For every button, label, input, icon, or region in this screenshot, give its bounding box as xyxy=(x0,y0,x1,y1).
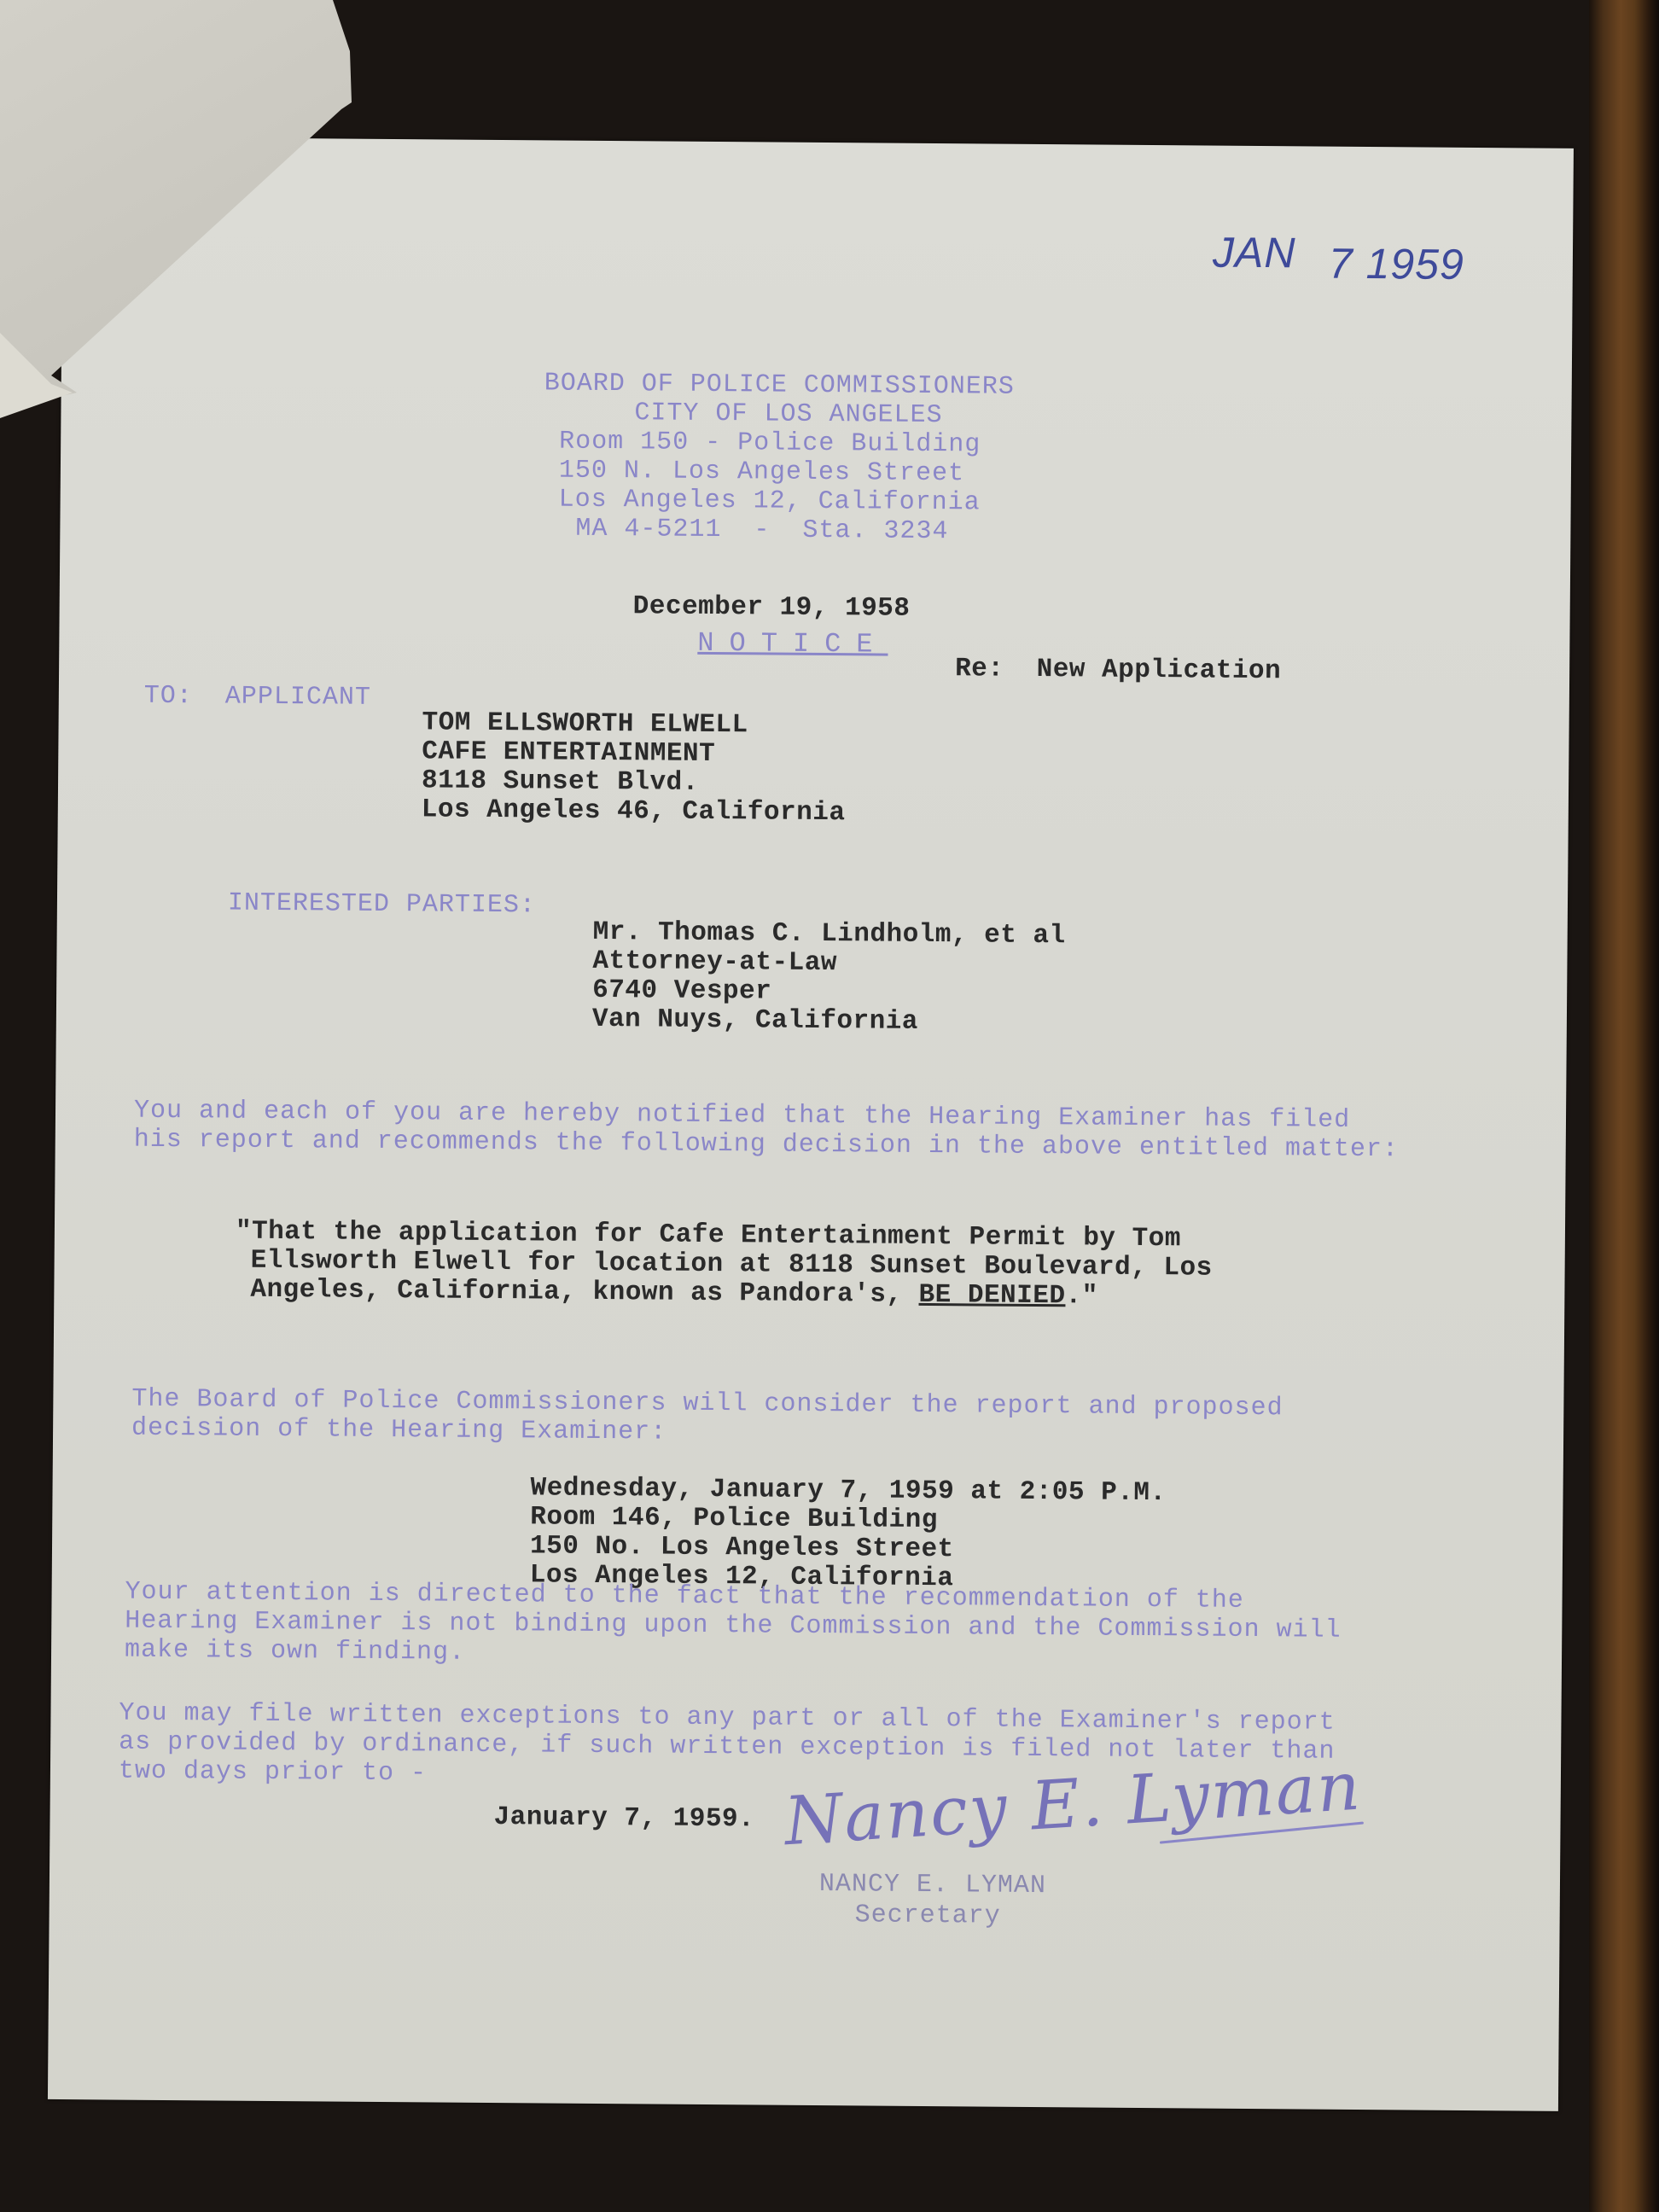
received-date-stamp-day-year: 7 1959 xyxy=(1329,242,1464,286)
letterhead-line: 150 N. Los Angeles Street xyxy=(559,458,964,487)
re-subject: Re: New Application xyxy=(955,655,1281,684)
letterhead-line: Los Angeles 12, California xyxy=(559,487,981,516)
exceptions-deadline: January 7, 1959. xyxy=(493,1804,754,1832)
hearing-location-line: 150 No. Los Angeles Street xyxy=(530,1533,954,1563)
applicant-label: TO: APPLICANT xyxy=(144,684,371,711)
letterhead-line: CITY OF LOS ANGELES xyxy=(634,400,942,428)
interested-party-line: 6740 Vesper xyxy=(592,977,771,1005)
interested-party-line: Mr. Thomas C. Lindholm, et al xyxy=(593,919,1066,949)
letterhead-line: MA 4-5211 - Sta. 3234 xyxy=(575,516,948,544)
interested-parties-label: INTERESTED PARTIES: xyxy=(228,891,536,919)
received-date-stamp-month: JAN xyxy=(1213,231,1296,275)
wooden-table-edge xyxy=(1589,0,1659,2212)
signatory-name: NANCY E. LYMAN xyxy=(819,1871,1046,1899)
paragraph-line: make its own finding. xyxy=(125,1638,465,1666)
interested-party-line: Attorney-at-Law xyxy=(592,948,837,976)
signatory-title: Secretary xyxy=(855,1902,1001,1929)
applicant-line: 8118 Sunset Blvd. xyxy=(422,767,699,796)
notice-title: NOTICE xyxy=(697,630,888,659)
applicant-line: TOM ELLSWORTH ELWELL xyxy=(422,709,748,738)
applicant-line: CAFE ENTERTAINMENT xyxy=(422,738,715,767)
quote-line: Angeles, California, known as Pandora's,… xyxy=(250,1277,1098,1310)
notice-document-page: JAN 7 1959 BOARD OF POLICE COMMISSIONERS… xyxy=(48,137,1574,2111)
hearing-location-line: Room 146, Police Building xyxy=(530,1504,938,1534)
handwritten-signature: Nancy E. Lyman xyxy=(783,1748,1365,1860)
decision-be-denied: BE DENIED xyxy=(918,1280,1065,1311)
paragraph-line: two days prior to - xyxy=(119,1759,427,1787)
paragraph-line: decision of the Hearing Examiner: xyxy=(131,1416,667,1446)
interested-party-line: Van Nuys, California xyxy=(592,1006,918,1035)
applicant-line: Los Angeles 46, California xyxy=(422,796,846,826)
letterhead-line: BOARD OF POLICE COMMISSIONERS xyxy=(544,370,1015,399)
letterhead-line: Room 150 - Police Building xyxy=(559,429,981,458)
notice-date: December 19, 1958 xyxy=(633,593,911,622)
hearing-datetime: Wednesday, January 7, 1959 at 2:05 P.M. xyxy=(530,1475,1166,1506)
